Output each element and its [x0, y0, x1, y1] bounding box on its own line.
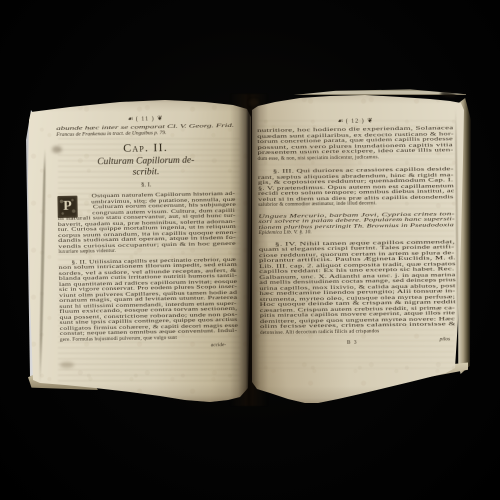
chapter-title: Culturam Capillorum de-scribit. — [57, 155, 235, 179]
text-line: vendis curiosius occupantur; quin & in h… — [58, 241, 236, 250]
left-page: ☙ ( 11 ) ❦ abunde hæc inter se comparat … — [24, 96, 252, 404]
page-header: ☙ ( 11 ) ❦ — [56, 113, 234, 124]
page-crease — [39, 148, 46, 386]
paragraph: P Ostquam naturalem Capillorum historiam… — [57, 192, 236, 256]
catchword: pilos — [440, 336, 451, 342]
paragraph: §. III. Qui duriores ac crassiores capil… — [258, 167, 455, 208]
text-line: tionem pluribus perstringit Th. Brownius… — [259, 223, 454, 231]
marginal-note: abunde hæc inter se comparat Cl. V. Geor… — [56, 123, 234, 138]
page-header: ☙ ( 12 ) ❦ — [257, 115, 453, 126]
right-page-text: ☙ ( 12 ) ❦ nutritiore, hoc hodierno die … — [257, 115, 456, 349]
catchword-row: accide- — [60, 342, 238, 351]
fleuron-ornament-icon: ☙ — [127, 116, 133, 123]
page-number: ( 12 ) — [346, 118, 365, 124]
right-page: ☙ ( 12 ) ❦ nutritiore, hoc hodierno die … — [248, 88, 472, 408]
book-gutter-shadow — [230, 94, 268, 406]
photo-backdrop: ☙ ( 11 ) ❦ abunde hæc inter se comparat … — [0, 0, 500, 500]
page-number: ( 11 ) — [136, 116, 155, 122]
paragraph: nutritiore, hoc hodierno die experiendam… — [257, 126, 453, 162]
section-mark: §. I. — [57, 180, 235, 190]
text-line: luxuriare sæpius videntur. — [58, 249, 116, 256]
text-line: scribit. — [57, 165, 235, 179]
fleuron-ornament-icon: ❦ — [157, 115, 163, 122]
page-footer: B 3 pilos — [260, 338, 456, 349]
left-page-text: ☙ ( 11 ) ❦ abunde hæc inter se comparat … — [56, 113, 238, 351]
paragraph-quote: Ungues Mercurio, barbam Jovi, Cyprios cr… — [258, 212, 454, 237]
paragraph: §. II. Utilissima capillis est pectinati… — [59, 257, 238, 343]
signature-mark: B 3 — [347, 340, 358, 346]
fleuron-ornament-icon: ☙ — [337, 118, 343, 125]
chapter-heading: Cap. II. — [56, 140, 234, 156]
paragraph: §. IV. Nihil tamen æque capillos commend… — [259, 240, 456, 336]
fleuron-ornament-icon: ❦ — [367, 117, 373, 124]
catchword: accide- — [211, 342, 226, 348]
